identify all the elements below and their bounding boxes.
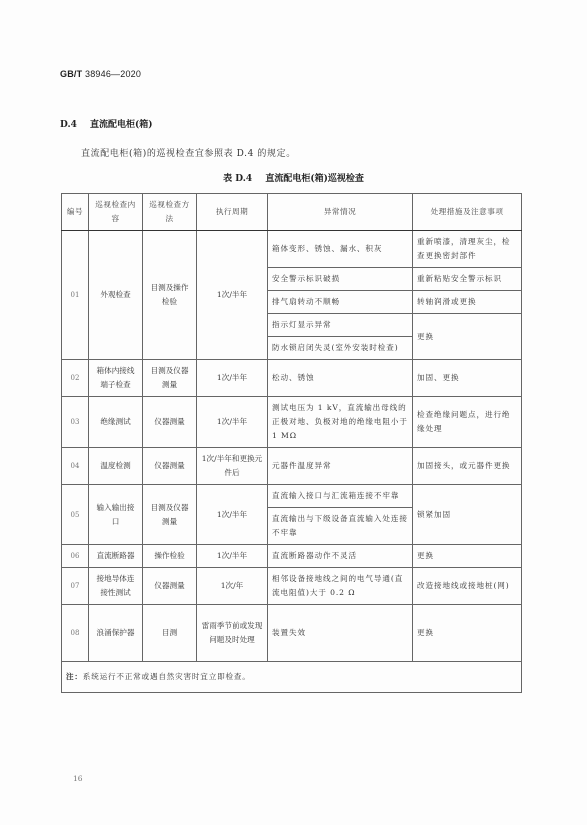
cell-method: 仪器测量 xyxy=(143,397,197,448)
table-note: 注：系统运行不正常或遇自然灾害时宜立即检查。 xyxy=(62,662,522,693)
cell-abnormal: 测试电压为 1 kV，直流输出母线的正极对地、负极对地的绝缘电阻小于 1 MΩ xyxy=(268,397,413,448)
cell-id: 05 xyxy=(62,485,89,545)
cell-abnormal: 箱体变形、锈蚀、漏水、积灰 xyxy=(268,231,413,268)
column-header-method: 巡视检查方法 xyxy=(143,194,197,231)
cell-cycle: 1次/半年 xyxy=(197,485,268,545)
cell-id: 02 xyxy=(62,360,89,397)
column-header-action: 处理措施及注意事项 xyxy=(413,194,522,231)
cell-action: 锁紧加固 xyxy=(413,485,522,545)
cell-content: 输入输出接口 xyxy=(89,485,143,545)
cell-cycle: 1次/半年 xyxy=(197,545,268,568)
cell-abnormal: 防水锁启闭失灵(室外安装时检查) xyxy=(268,337,413,360)
section-number: D.4 xyxy=(60,120,77,130)
intro-paragraph: 直流配电柜(箱)的巡视检查宜参照表 D.4 的规定。 xyxy=(81,146,296,159)
standard-prefix: GB/T xyxy=(60,69,82,79)
cell-content: 箱体内接线端子检查 xyxy=(89,360,143,397)
cell-method: 目测 xyxy=(143,605,197,662)
column-header-abnormal: 异常情况 xyxy=(268,194,413,231)
cell-cycle: 雷雨季节前或发现问题及时处理 xyxy=(197,605,268,662)
section-heading: D.4 直流配电柜(箱) xyxy=(60,117,153,130)
cell-cycle: 1次/半年 xyxy=(197,360,268,397)
cell-cycle: 1次/半年 xyxy=(197,231,268,360)
table-row: 07 接地导体连接性测试 仪器测量 1次/年 相邻设备接地线之间的电气导通(直流… xyxy=(62,568,522,605)
cell-method: 仪器测量 xyxy=(143,568,197,605)
cell-content: 绝缘测试 xyxy=(89,397,143,448)
cell-method: 操作检验 xyxy=(143,545,197,568)
table-row: 08 浪涌保护器 目测 雷雨季节前或发现问题及时处理 装置失效 更换 xyxy=(62,605,522,662)
cell-content: 温度检测 xyxy=(89,448,143,485)
cell-abnormal: 装置失效 xyxy=(268,605,413,662)
table-header-row: 编号 巡视检查内容 巡视检查方法 执行周期 异常情况 处理措施及注意事项 xyxy=(62,194,522,231)
cell-action: 重新粘贴安全警示标识 xyxy=(413,268,522,291)
cell-abnormal: 元器件温度异常 xyxy=(268,448,413,485)
table-caption-number: 表 D.4 xyxy=(223,174,252,184)
cell-abnormal: 指示灯显示异常 xyxy=(268,314,413,337)
cell-action: 更换 xyxy=(413,545,522,568)
cell-id: 06 xyxy=(62,545,89,568)
cell-method: 目测及操作检验 xyxy=(143,231,197,360)
cell-content: 接地导体连接性测试 xyxy=(89,568,143,605)
cell-abnormal: 排气扇转动不顺畅 xyxy=(268,291,413,314)
cell-method: 目测及仪器测量 xyxy=(143,360,197,397)
table-row: 02 箱体内接线端子检查 目测及仪器测量 1次/半年 松动、锈蚀 加固、更换 xyxy=(62,360,522,397)
cell-abnormal: 松动、锈蚀 xyxy=(268,360,413,397)
cell-action: 重新喷漆，清理灰尘，检查更换密封部件 xyxy=(413,231,522,268)
inspection-table: 编号 巡视检查内容 巡视检查方法 执行周期 异常情况 处理措施及注意事项 01 … xyxy=(61,193,522,693)
cell-action: 转轴润滑或更换 xyxy=(413,291,522,314)
cell-cycle: 1次/半年 xyxy=(197,397,268,448)
standard-number: 38946—2020 xyxy=(85,69,141,79)
cell-id: 07 xyxy=(62,568,89,605)
table-row: 01 外观检查 目测及操作检验 1次/半年 箱体变形、锈蚀、漏水、积灰 重新喷漆… xyxy=(62,231,522,268)
cell-id: 04 xyxy=(62,448,89,485)
column-header-content: 巡视检查内容 xyxy=(89,194,143,231)
cell-abnormal: 相邻设备接地线之间的电气导通(直流电阻值)大于 0.2 Ω xyxy=(268,568,413,605)
cell-abnormal: 直流输入接口与汇流箱连接不牢靠 xyxy=(268,485,413,508)
table-row: 03 绝缘测试 仪器测量 1次/半年 测试电压为 1 kV，直流输出母线的正极对… xyxy=(62,397,522,448)
note-label: 注： xyxy=(66,672,83,681)
table-row: 04 温度检测 仪器测量 1次/半年和更换元件后 元器件温度异常 加固接头，或元… xyxy=(62,448,522,485)
table-caption: 表 D.4 直流配电柜(箱)巡视检查 xyxy=(0,171,587,184)
cell-id: 08 xyxy=(62,605,89,662)
table-row: 05 输入输出接口 目测及仪器测量 1次/半年 直流输入接口与汇流箱连接不牢靠 … xyxy=(62,485,522,508)
cell-id: 03 xyxy=(62,397,89,448)
cell-action: 更换 xyxy=(413,605,522,662)
standard-code: GB/T 38946—2020 xyxy=(60,69,141,79)
cell-method: 目测及仪器测量 xyxy=(143,485,197,545)
cell-cycle: 1次/年 xyxy=(197,568,268,605)
section-title: 直流配电柜(箱) xyxy=(90,120,153,130)
cell-action: 更换 xyxy=(413,314,522,360)
cell-content: 外观检查 xyxy=(89,231,143,360)
cell-abnormal: 直流断路器动作不灵活 xyxy=(268,545,413,568)
column-header-cycle: 执行周期 xyxy=(197,194,268,231)
cell-method: 仪器测量 xyxy=(143,448,197,485)
page-number: 16 xyxy=(73,774,83,783)
cell-action: 加固接头，或元器件更换 xyxy=(413,448,522,485)
cell-action: 检查绝缘问题点，进行绝缘处理 xyxy=(413,397,522,448)
table-row: 06 直流断路器 操作检验 1次/半年 直流断路器动作不灵活 更换 xyxy=(62,545,522,568)
cell-content: 浪涌保护器 xyxy=(89,605,143,662)
column-header-id: 编号 xyxy=(62,194,89,231)
cell-cycle: 1次/半年和更换元件后 xyxy=(197,448,268,485)
note-text: 系统运行不正常或遇自然灾害时宜立即检查。 xyxy=(83,672,251,681)
cell-id: 01 xyxy=(62,231,89,360)
table-caption-title: 直流配电柜(箱)巡视检查 xyxy=(265,174,364,184)
cell-action: 改造接地线或接地桩(网) xyxy=(413,568,522,605)
table-note-row: 注：系统运行不正常或遇自然灾害时宜立即检查。 xyxy=(62,662,522,693)
cell-content: 直流断路器 xyxy=(89,545,143,568)
cell-abnormal: 安全警示标识破损 xyxy=(268,268,413,291)
cell-action: 加固、更换 xyxy=(413,360,522,397)
cell-abnormal: 直流输出与下级设备直流输入处连接不牢靠 xyxy=(268,508,413,545)
